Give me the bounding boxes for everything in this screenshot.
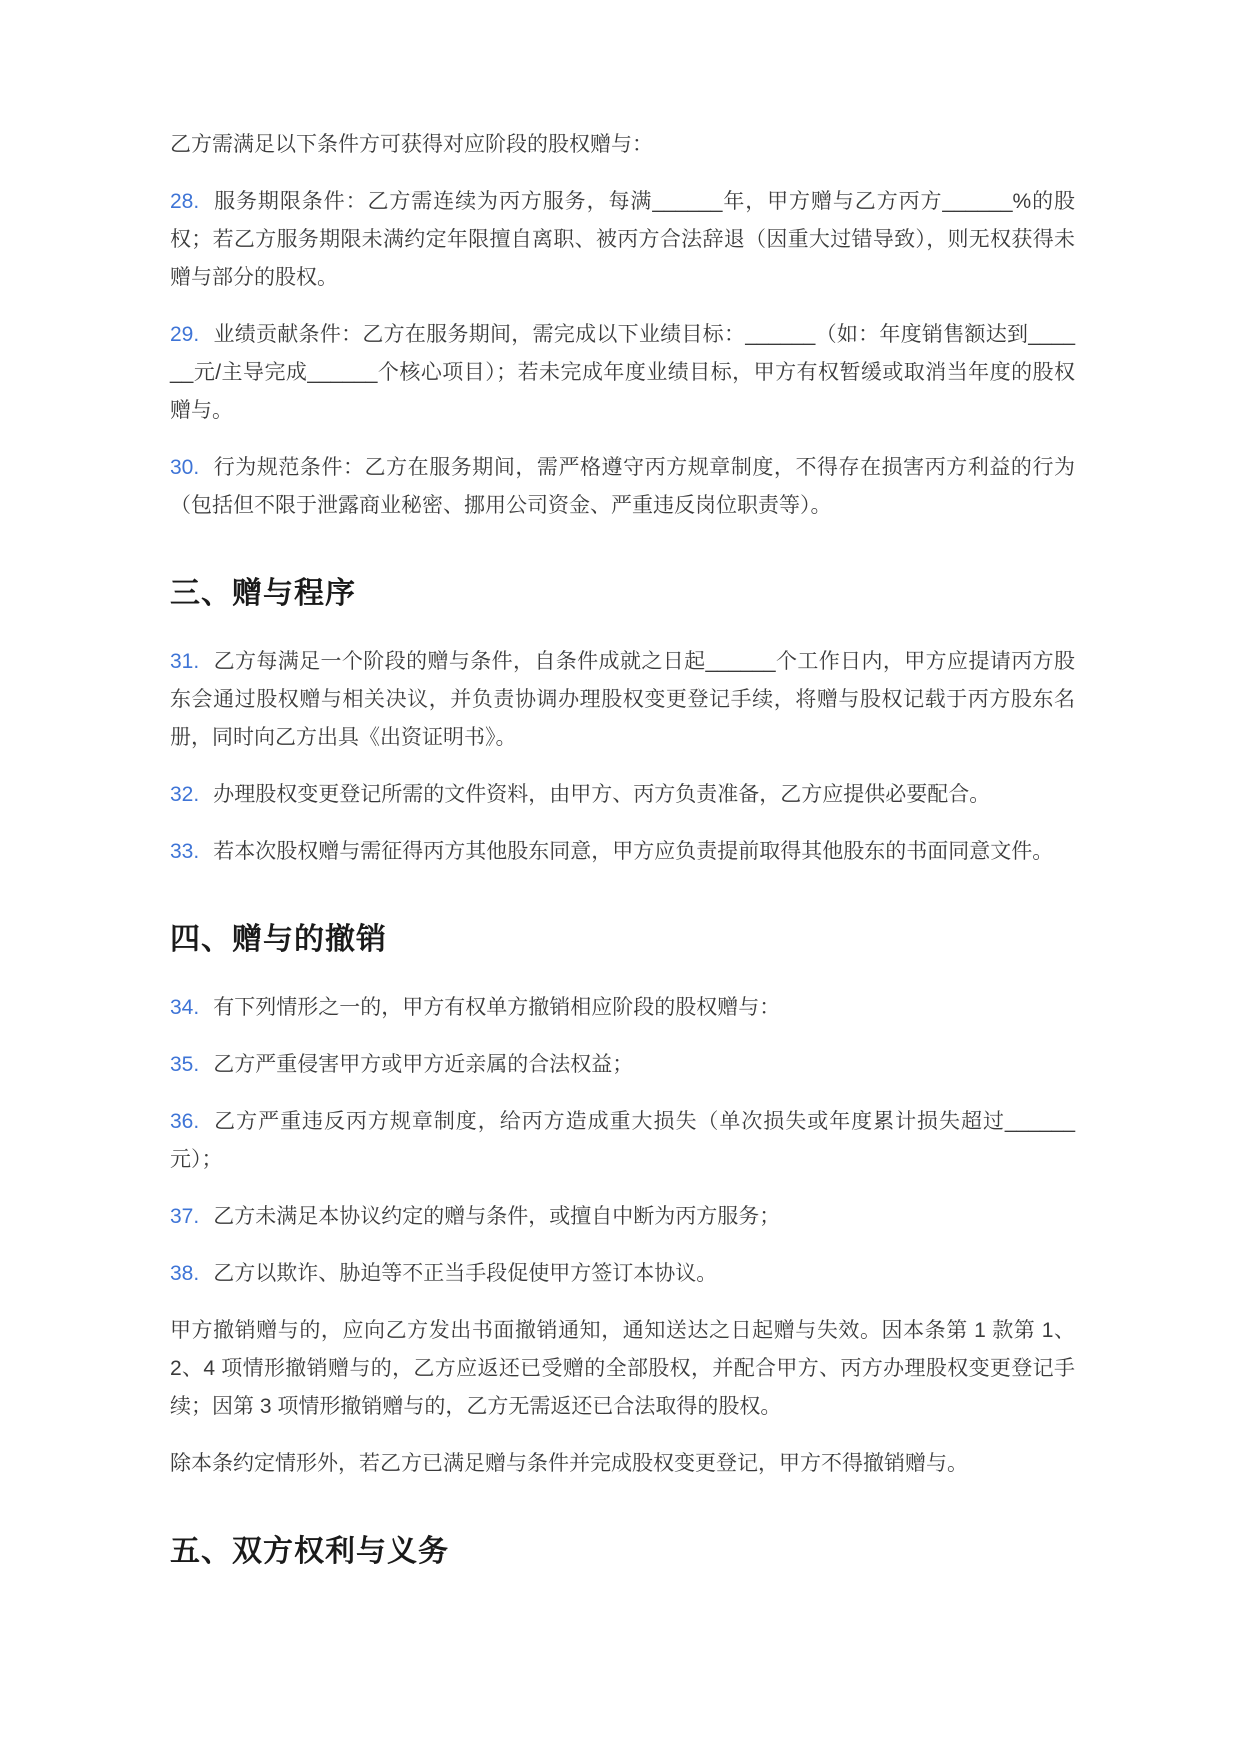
clause-31-text: 乙方每满足一个阶段的赠与条件，自条件成就之日起______个工作日内，甲方应提请… xyxy=(170,650,1075,749)
clause-28-text: 服务期限条件：乙方需连续为丙方服务，每满______年，甲方赠与乙方丙方____… xyxy=(170,190,1075,289)
clause-34: 34.有下列情形之一的，甲方有权单方撤销相应阶段的股权赠与： xyxy=(170,989,1075,1027)
clause-33: 33.若本次股权赠与需征得丙方其他股东同意，甲方应负责提前取得其他股东的书面同意… xyxy=(170,833,1075,871)
section-heading-rights-obligations: 五、双方权利与义务 xyxy=(170,1531,1075,1573)
clause-38: 38.乙方以欺诈、胁迫等不正当手段促使甲方签订本协议。 xyxy=(170,1255,1075,1293)
revocation-notice-paragraph: 甲方撤销赠与的，应向乙方发出书面撤销通知，通知送达之日起赠与失效。因本条第 1 … xyxy=(170,1312,1075,1426)
intro-paragraph: 乙方需满足以下条件方可获得对应阶段的股权赠与： xyxy=(170,126,1075,164)
clause-30-number: 30. xyxy=(170,456,199,479)
clause-31-number: 31. xyxy=(170,650,199,673)
clause-36-text: 乙方严重违反丙方规章制度，给丙方造成重大损失（单次损失或年度累计损失超过____… xyxy=(170,1110,1075,1171)
clause-35-text: 乙方严重侵害甲方或甲方近亲属的合法权益； xyxy=(213,1053,633,1076)
revocation-limit-paragraph: 除本条约定情形外，若乙方已满足赠与条件并完成股权变更登记，甲方不得撤销赠与。 xyxy=(170,1445,1075,1483)
clause-37-text: 乙方未满足本协议约定的赠与条件，或擅自中断为丙方服务； xyxy=(213,1205,780,1228)
clause-32-text: 办理股权变更登记所需的文件资料，由甲方、丙方负责准备，乙方应提供必要配合。 xyxy=(213,783,990,806)
clause-35: 35.乙方严重侵害甲方或甲方近亲属的合法权益； xyxy=(170,1046,1075,1084)
clause-36: 36.乙方严重违反丙方规章制度，给丙方造成重大损失（单次损失或年度累计损失超过_… xyxy=(170,1103,1075,1179)
clause-29-number: 29. xyxy=(170,323,199,346)
clause-29-text: 业绩贡献条件：乙方在服务期间，需完成以下业绩目标：______（如：年度销售额达… xyxy=(170,323,1075,422)
clause-33-number: 33. xyxy=(170,840,199,863)
clause-38-number: 38. xyxy=(170,1262,199,1285)
clause-34-text: 有下列情形之一的，甲方有权单方撤销相应阶段的股权赠与： xyxy=(213,996,780,1019)
clause-32: 32.办理股权变更登记所需的文件资料，由甲方、丙方负责准备，乙方应提供必要配合。 xyxy=(170,776,1075,814)
clause-38-text: 乙方以欺诈、胁迫等不正当手段促使甲方签订本协议。 xyxy=(213,1262,717,1285)
clause-30-text: 行为规范条件：乙方在服务期间，需严格遵守丙方规章制度，不得存在损害丙方利益的行为… xyxy=(170,456,1075,517)
clause-34-number: 34. xyxy=(170,996,199,1019)
clause-35-number: 35. xyxy=(170,1053,199,1076)
clause-28-number: 28. xyxy=(170,190,199,213)
document-page: 乙方需满足以下条件方可获得对应阶段的股权赠与： 28.服务期限条件：乙方需连续为… xyxy=(0,0,1241,1754)
clause-32-number: 32. xyxy=(170,783,199,806)
clause-37-number: 37. xyxy=(170,1205,199,1228)
clause-37: 37.乙方未满足本协议约定的赠与条件，或擅自中断为丙方服务； xyxy=(170,1198,1075,1236)
clause-33-text: 若本次股权赠与需征得丙方其他股东同意，甲方应负责提前取得其他股东的书面同意文件。 xyxy=(213,840,1053,863)
clause-28: 28.服务期限条件：乙方需连续为丙方服务，每满______年，甲方赠与乙方丙方_… xyxy=(170,183,1075,297)
section-heading-gift-procedure: 三、赠与程序 xyxy=(170,573,1075,615)
clause-30: 30.行为规范条件：乙方在服务期间，需严格遵守丙方规章制度，不得存在损害丙方利益… xyxy=(170,449,1075,525)
clause-29: 29.业绩贡献条件：乙方在服务期间，需完成以下业绩目标：______（如：年度销… xyxy=(170,316,1075,430)
clause-31: 31.乙方每满足一个阶段的赠与条件，自条件成就之日起______个工作日内，甲方… xyxy=(170,643,1075,757)
clause-36-number: 36. xyxy=(170,1110,199,1133)
section-heading-gift-revocation: 四、赠与的撤销 xyxy=(170,919,1075,961)
